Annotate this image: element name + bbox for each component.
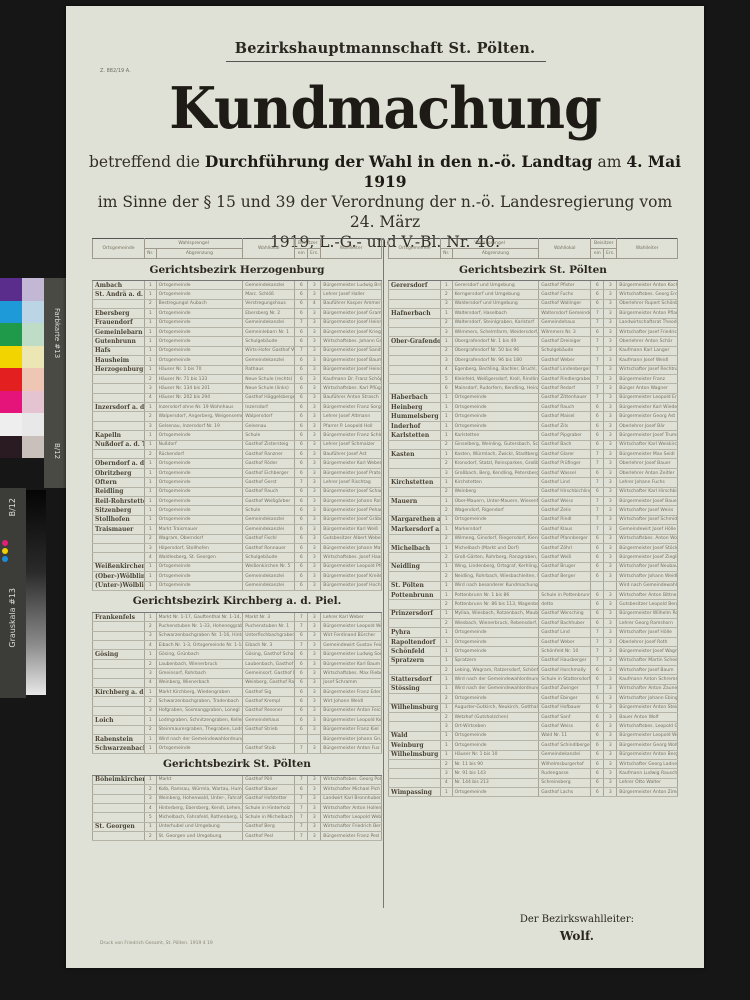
election-chair: Bürgermeister Josef Peham (321, 506, 382, 515)
election-chair: Oberlehrer Rupert Schönböck (617, 299, 678, 308)
election-chair: Bürgermeister Georg Wolfe (617, 741, 678, 750)
election-chair: Lehrer Georg Ramshorn (617, 619, 678, 628)
election-chair: Bürger Anton Wagner (617, 384, 678, 393)
members-count: 6 (295, 281, 308, 290)
place-cell (93, 622, 145, 631)
substitutes-count: 3 (604, 694, 617, 703)
precinct-number: 1 (145, 612, 157, 621)
table-row: 2 Waltersdorf, Steinlgraben, Karlstorf G… (389, 318, 678, 327)
table-row: 2 Ginselberg, Weinling, Gutersbach, Schr… (389, 440, 678, 449)
precinct-area: Wagram, Oberndorf (156, 534, 243, 543)
place-cell: Hafs (93, 346, 145, 355)
election-chair: Wirtschaftsbes. Anton Wohl (617, 534, 678, 543)
election-chair: Bürgermeister Josef Gram (321, 309, 382, 318)
table-row: Ober-Grafendorf 1 Obergrafendorf Nr. 1 b… (389, 337, 678, 346)
polling-location: Gasthof Gerst (243, 478, 295, 487)
table-row: Gerersdorf 1 Gerersdorf und Umgebung Gas… (389, 281, 678, 290)
place-cell: Kirchberg a. d. P. (93, 688, 145, 697)
precinct-area: Ortsgemeinde (452, 403, 539, 412)
precinct-area: Markt (156, 775, 243, 784)
left-table-column: Ortsgemeinde Wahlsprengel Wahllokal Beis… (92, 238, 382, 841)
election-chair: Wirtschafter Josef Friedrich (617, 327, 678, 336)
members-count: 6 (591, 619, 604, 628)
polling-location: Gasthof Horchmally (539, 666, 591, 675)
members-count: 6 (295, 725, 308, 734)
polling-location: Gasthof Zittenhauer (539, 393, 591, 402)
polling-location: Gasthof Sig (243, 688, 295, 697)
members-count: 6 (591, 327, 604, 336)
polling-location: Gasthof Lind (539, 478, 591, 487)
precinct-number: 1 (145, 562, 157, 571)
substitutes-count: 3 (308, 450, 321, 459)
place-cell (389, 778, 441, 787)
table-row: St. Pölten 1 Wird nach besonderer Kundma… (389, 581, 678, 590)
precinct-area: Häuser Nr. 1 bis 70 (156, 365, 243, 374)
header-number: Nr. (145, 249, 157, 259)
polling-location: Gasthof Lind (539, 628, 591, 637)
precinct-number: 1 (145, 487, 157, 496)
substitutes-count: 3 (308, 572, 321, 581)
polling-location: Neue Schule (rechts) (243, 374, 295, 383)
precinct-area: Egenberg, Bechling, Bachler, Bruchl, Kre… (452, 365, 539, 374)
table-row: Reidling 1 Ortsgemeinde Gasthof Rauch 6 … (93, 487, 382, 496)
precinct-number: 2 (145, 299, 157, 308)
place-cell (389, 534, 441, 543)
polling-location: detto (539, 600, 591, 609)
table-row: Oftern 1 Ortsgemeinde Gasthof Gerst 7 3 … (93, 478, 382, 487)
election-chair: Wirtschafter Josef Hölle (617, 628, 678, 637)
substitutes-count: 3 (308, 281, 321, 290)
members-count: 6 (295, 562, 308, 571)
table-row: Oberndorf a. d. Ebene 1 Ortsgemeinde Gas… (93, 459, 382, 468)
grayscale-code: B/12 (8, 498, 17, 516)
subtitle-text: betreffend die (89, 153, 205, 171)
place-cell (93, 803, 145, 812)
members-count: 7 (591, 450, 604, 459)
precinct-area: Ortsgemeinde (452, 515, 539, 524)
header-place: Ortsgemeinde (389, 239, 441, 259)
table-row: 3 Großbach, Berg, Kendling, Petersberg, … (389, 468, 678, 477)
place-cell: Hausheim (93, 356, 145, 365)
precinct-area: Markersdorf (452, 525, 539, 534)
precinct-number: 2 (145, 412, 157, 421)
precinct-area: Ortsgemeinde (156, 281, 243, 290)
precinct-area: Obergrafendorf Nr. 96 bis 180 (452, 356, 539, 365)
polling-location: Eibach Nr. 3 (243, 641, 295, 650)
precinct-number: 5 (441, 374, 453, 383)
precinct-number: 1 (145, 459, 157, 468)
election-chair: Bürgermeister Josef Heindl (321, 365, 382, 374)
substitutes-count: 3 (308, 622, 321, 631)
substitutes-count: 3 (308, 697, 321, 706)
substitutes-count: 3 (308, 775, 321, 784)
election-chair: Bürgermeister Josef Stöckl (617, 543, 678, 552)
election-chair: Bürgermeister Josef Heinrich (321, 318, 382, 327)
table-row: Heinberg 1 Ortsgemeinde Gasthof Rauch 6 … (389, 403, 678, 412)
table-row: 5 Kleinfeld, Weißgersdorf, Kroll, Rindli… (389, 374, 678, 383)
substitutes-count: 3 (604, 703, 617, 712)
members-count: 7 (295, 478, 308, 487)
precinct-area: Rückendorf (156, 450, 243, 459)
substitutes-count: 3 (604, 393, 617, 402)
table-row: 2 Ortsgemeinde Gasthof Ebinger 6 3 Wirts… (389, 694, 678, 703)
election-chair: Wirt Ferdinand Bürcher (321, 631, 382, 640)
table-row: 3 Schwarzenbachgraben Nr. 1-16, Hinterfe… (93, 631, 382, 640)
polling-location: Gasthof Pipgraber (539, 431, 591, 440)
table-row: Michelbach 1 Michelbach (Markt und Dorf)… (389, 543, 678, 552)
precinct-area: Wagendorf, Rigendorf (452, 506, 539, 515)
substitutes-count: 3 (604, 384, 617, 393)
district-heading-row: Gerichtsbezirk Kirchberg a. d. Piel. (93, 590, 382, 612)
precinct-number: 1 (441, 656, 453, 665)
header-number: Nr. (441, 249, 453, 259)
members-count: 6 (295, 450, 308, 459)
election-chair: Lehrer Josef Rischtag (321, 478, 382, 487)
place-cell: Inzersdorf a. d. Tr. (93, 403, 145, 412)
election-chair: Wirtschafter Josef Rechtnauer (617, 365, 678, 374)
table-row: Sitzenberg 1 Ortsgemeinde Schule 6 3 Bür… (93, 506, 382, 515)
precinct-number: 1 (441, 496, 453, 505)
election-chair: Bürgermeister Leopold Erlinger (617, 393, 678, 402)
substitutes-count: 3 (308, 421, 321, 430)
members-count: 6 (591, 731, 604, 740)
substitutes-count: 3 (604, 346, 617, 355)
polling-location: Schulgebäude (243, 553, 295, 562)
members-count: 6 (591, 712, 604, 721)
precinct-area: Weinberg, Hohenwald, Unter-, Fahrafeld, … (156, 794, 243, 803)
table-row: 2 Laubenbach, Wienerbruck Laubenbach, Ga… (93, 659, 382, 668)
polling-location: Gasthof Schindlberger (539, 741, 591, 750)
table-row: Reil-Rohrstetten 1 Ortsgemeinde Gasthof … (93, 496, 382, 505)
place-cell: St. Pölten (389, 581, 441, 590)
members-count: 7 (295, 794, 308, 803)
place-cell: Ebersberg (93, 309, 145, 318)
polling-location: Gasthof Klaus (539, 525, 591, 534)
precinct-number: 2 (441, 318, 453, 327)
place-cell (93, 534, 145, 543)
precinct-number: 1 (145, 318, 157, 327)
precinct-number: 1 (145, 365, 157, 374)
district-heading: Gerichtsbezirk St. Pölten (93, 753, 382, 775)
polling-location: Gasthof Rauch (243, 487, 295, 496)
substitutes-count: 3 (308, 506, 321, 515)
members-count: 6 (591, 769, 604, 778)
polling-location: Gemeinsorf, Gasthof Brand (243, 669, 295, 678)
substitutes-count: 3 (308, 496, 321, 505)
table-row: Pyhra 1 Ortsgemeinde Gasthof Lind 7 3 Wi… (389, 628, 678, 637)
substitutes-count: 3 (604, 431, 617, 440)
place-cell: Prinzersdorf (389, 609, 441, 618)
table-row: 2 Wiesbach, Wienerbruck, Rebensdorf, Sch… (389, 619, 678, 628)
election-chair: Pfarrer P. Leopold Holl (321, 421, 382, 430)
precinct-number: 1 (441, 281, 453, 290)
table-row: Kapelln 1 Ortsgemeinde Schule 6 3 Bürger… (93, 431, 382, 440)
precinct-area: Pottenbrunn Nr. 1 bis 86 (452, 590, 539, 599)
polling-location (243, 734, 295, 743)
precinct-number: 3 (145, 421, 157, 430)
place-cell (389, 553, 441, 562)
election-chair: Wird nach Gemeindewahlordnung festgesetz… (617, 581, 678, 590)
place-cell: Weinburg (389, 741, 441, 750)
precinct-number: 2 (441, 694, 453, 703)
election-chair: Wirtschafter Michael Pich (321, 785, 382, 794)
substitutes-count: 3 (308, 515, 321, 524)
precinct-number: 1 (145, 744, 157, 753)
precinct-number: 4 (145, 553, 157, 562)
polling-location: Gasthof Pesl (243, 832, 295, 841)
substitutes-count: 4 (308, 299, 321, 308)
substitutes-count: 3 (308, 327, 321, 336)
place-cell (93, 299, 145, 308)
color-patch (0, 323, 22, 346)
precinct-area: Kolb, Ramsau, Würmla, Wartau, Hummelsber… (156, 785, 243, 794)
place-cell: St. Georgen (93, 822, 145, 831)
polling-location: Gasthof Krempl (243, 697, 295, 706)
precinct-area: Ortsgemeinde (156, 346, 243, 355)
members-count: 6 (295, 412, 308, 421)
substitutes-count: 3 (308, 785, 321, 794)
polling-location: Gasthof Bach (539, 440, 591, 449)
place-cell (93, 412, 145, 421)
color-patch (0, 391, 22, 414)
precinct-number: 1 (441, 788, 453, 797)
precinct-area: Häuser Nr. 71 bis 133 (156, 374, 243, 383)
place-cell: Loich (93, 716, 145, 725)
precinct-area: Nr. 144 bis 213 (452, 778, 539, 787)
members-count: 7 (295, 622, 308, 631)
members-count: 6 (591, 694, 604, 703)
election-chair: Gemeindewirt Gustav Feichtinger (321, 641, 382, 650)
precinct-number: 1 (441, 628, 453, 637)
precinct-number: 1 (441, 750, 453, 759)
place-cell: Schwarzenbach (93, 744, 145, 753)
place-cell: Nußdorf a. d. Tr. (93, 440, 145, 449)
substitutes-count: 3 (604, 647, 617, 656)
substitutes-count: 3 (604, 769, 617, 778)
place-cell: Frankenfels (93, 612, 145, 621)
members-count: 7 (591, 337, 604, 346)
precinct-number: 1 (441, 309, 453, 318)
election-chair: Wirtschaftsbes. Leopold Gebl (617, 722, 678, 731)
table-row: 2 Schwarzenbachgraben, Tradenbach Gastho… (93, 697, 382, 706)
substitutes-count: 3 (308, 478, 321, 487)
election-chair: Bürgermeister Franz Kiel (321, 725, 382, 734)
table-row: 5 Michelbach, Fahrafeld, Rothenberg, Unt… (93, 813, 382, 822)
precinct-area: Hofgraben, Sosmanggraben, Lonegl (156, 706, 243, 715)
table-row: 6 Mainsdorf, Rudorfern, Kendling, Heinze… (389, 384, 678, 393)
members-count: 6 (591, 600, 604, 609)
place-cell (389, 619, 441, 628)
members-count: 7 (591, 346, 604, 355)
members-count: 6 (591, 609, 604, 618)
polling-location: Gasthof Rindl (539, 515, 591, 524)
header-members-b: Ers. (604, 249, 617, 259)
substitutes-count: 3 (308, 290, 321, 299)
precinct-area: Ortsgemeinde (156, 572, 243, 581)
polling-location: Gasthof Hirschbichlinger (539, 487, 591, 496)
election-chair: Lehrer Otto Walter (617, 778, 678, 787)
members-count: 6 (591, 750, 604, 759)
place-cell: Sitzenberg (93, 506, 145, 515)
table-row: Hafs 1 Ortsgemeinde Wirts-Hofer Gasthof … (93, 346, 382, 355)
polling-location: Gasthof Weiss (539, 496, 591, 505)
members-count: 6 (295, 581, 308, 590)
substitutes-count: 3 (308, 803, 321, 812)
polling-location: Schule (243, 431, 295, 440)
members-count: 6 (295, 785, 308, 794)
precinct-area: Kronsdorf, Statzl, Reinsparken, Großbach… (452, 459, 539, 468)
members-count: 6 (591, 403, 604, 412)
precinct-area: Obergrafendorf Nr. 1 bis 49 (452, 337, 539, 346)
election-chair: Bürgermeister Karl Wiedermann (617, 403, 678, 412)
polling-location: Waltersdorf Gemeindekanzlei (539, 309, 591, 318)
table-row: Stössing 1 Wird nach der Gemeindewahlord… (389, 684, 678, 693)
precinct-area: Ortsgemeinde (156, 431, 243, 440)
polling-location: Gasthof Röder (243, 459, 295, 468)
printer-imprint: Druck von Friedrich Gesamt, St. Pölten. … (100, 941, 213, 946)
table-row: 4 Eibach Nr. 1-3, Ortsgemeinde Nr. 1-14,… (93, 641, 382, 650)
members-count (591, 581, 604, 590)
members-count: 6 (295, 572, 308, 581)
substitutes-count: 3 (604, 337, 617, 346)
precinct-number: 1 (145, 327, 157, 336)
district-heading: Gerichtsbezirk Herzogenburg (93, 259, 382, 281)
election-chair: Bürgermeister Josef Pratsch (321, 468, 382, 477)
table-row: 2 Pottenbrunn Nr. 86 bis 113, Wagenberg,… (389, 600, 678, 609)
table-row: 3 Hofgraben, Sosmanggraben, Lonegl Gasth… (93, 706, 382, 715)
precinct-area: Ortsgemeinde (452, 647, 539, 656)
precinct-number: 2 (441, 534, 453, 543)
precinct-number: 1 (145, 775, 157, 784)
members-count: 6 (591, 534, 604, 543)
members-count: 6 (295, 384, 308, 393)
substitutes-count: 3 (604, 468, 617, 477)
precinct-area: Hilpersdorf, Stollhofen (156, 543, 243, 552)
precinct-number: 2 (441, 487, 453, 496)
election-chair: Bürgermeister Josef Kreiler (321, 572, 382, 581)
election-chair: Lehrer Josef Schmalzer (321, 440, 382, 449)
color-patch (0, 346, 22, 369)
place-cell (93, 641, 145, 650)
polling-location: Walpersdorf (243, 412, 295, 421)
color-chart-label: Farbkarte #13 (53, 308, 61, 358)
members-count: 7 (591, 506, 604, 515)
election-chair: Gemeindewirt Josef Hölle (617, 525, 678, 534)
election-chair: Gutsbesitzer Albert Weber (321, 534, 382, 543)
place-cell (389, 506, 441, 515)
election-chair: Wirtschaftsbes. Karl Pflüger (321, 384, 382, 393)
substitutes-count (308, 734, 321, 743)
election-chair: Wirtschafter Johann Weidl (617, 572, 678, 581)
precinct-number: 5 (145, 813, 157, 822)
polling-location: Gösing, Gasthof Schaffner (243, 650, 295, 659)
precinct-area: Kleinfeld, Weißgersdorf, Kroll, Rindling… (452, 374, 539, 383)
polling-location: Gemeindekanzlei (243, 318, 295, 327)
place-cell: Neidling (389, 562, 441, 571)
members-count: 7 (591, 318, 604, 327)
members-count: 6 (591, 590, 604, 599)
place-cell (93, 659, 145, 668)
members-count: 6 (591, 675, 604, 684)
precinct-area: Häuser Nr. 202 bis 294 (156, 393, 243, 402)
table-row: 2 Neidling, Rohrbach, Wiesbachleiten, Bu… (389, 572, 678, 581)
polling-location: Schulgebäude (243, 337, 295, 346)
precinct-number: 2 (145, 659, 157, 668)
substitutes-count: 3 (604, 778, 617, 787)
precinct-area: Waltersdorf, Steinlgraben, Karlstorf (452, 318, 539, 327)
place-cell: Gerersdorf (389, 281, 441, 290)
polling-location: Gasthof Weber (539, 356, 591, 365)
substitutes-count: 3 (604, 478, 617, 487)
precinct-area: Auguster-Gutkirch, Neukirch, Gotthaltsho… (452, 703, 539, 712)
precinct-number: 1 (145, 734, 157, 743)
polling-location: Gasthof Ronnauer (243, 543, 295, 552)
table-row: Nußdorf a. d. Tr. 1 Nußdorf Gasthof Zist… (93, 440, 382, 449)
reference-number: Z. 882/19 A. (100, 68, 131, 74)
table-row: Pottenbrunn 1 Pottenbrunn Nr. 1 bis 86 S… (389, 590, 678, 599)
substitutes-count: 3 (604, 299, 617, 308)
place-cell: Gemeinlebarn (93, 327, 145, 336)
place-cell (389, 290, 441, 299)
precinct-number: 4 (145, 803, 157, 812)
issuing-office: Bezirkshauptmannschaft St. Pölten. (66, 40, 704, 57)
precinct-area: Ortsgemeinde (452, 788, 539, 797)
election-chair: Wirtschafter Josef Schmid (617, 515, 678, 524)
table-row: Hausheim 1 Ortsgemeinde Gemeindekanzlei … (93, 356, 382, 365)
polling-location: Gemeindekanzlei (243, 515, 295, 524)
precinct-area: Nr. 91 bis 143 (452, 769, 539, 778)
members-count: 6 (591, 759, 604, 768)
table-row: Frankenfels 1 Markt Nr. 1-17, Gauftentha… (93, 612, 382, 621)
precinct-area: Wilmeng, Ginsdorf, Riegersdorf, Kienersd… (452, 534, 539, 543)
election-chair: Lehrer Josef Haller (321, 290, 382, 299)
precinct-area: Laubenbach, Wienerbruck (156, 659, 243, 668)
place-cell: Ambach (93, 281, 145, 290)
members-count: 6 (295, 688, 308, 697)
precinct-area: Ortsgemeinde (156, 468, 243, 477)
precinct-number: 1 (145, 356, 157, 365)
table-row: (Unter-)Wölbling 1 Ortsgemeinde Gemeinde… (93, 581, 382, 590)
members-count: 6 (295, 299, 308, 308)
cyan-dot-icon (2, 556, 8, 562)
table-row: 3 Weinberg, Hohenwald, Unter-, Fahrafeld… (93, 794, 382, 803)
election-chair: Bürgermeister Josef Ziegling (617, 553, 678, 562)
header-district: Wahlsprengel (145, 239, 243, 249)
table-row: Neidling 1 Wing, Lindenberg, Ortsgraf, K… (389, 562, 678, 571)
precinct-area: Ortsgemeinde (156, 515, 243, 524)
substitutes-count: 3 (604, 450, 617, 459)
place-cell: Heinberg (389, 403, 441, 412)
election-chair: Wirtschafter Martin Scheer (617, 656, 678, 665)
place-cell (389, 459, 441, 468)
polling-location: Schreinsberg (539, 778, 591, 787)
place-cell (389, 712, 441, 721)
election-chair: Bürgermeister Franz Pesl (321, 832, 382, 841)
members-count: 7 (591, 478, 604, 487)
election-chair: Bürgermeister Johann Mayer (321, 543, 382, 552)
precinct-number: 1 (145, 496, 157, 505)
members-count: 6 (591, 572, 604, 581)
district-heading: Gerichtsbezirk St. Pölten (389, 259, 678, 281)
election-chair: Wirtschaftsbes. Josef Haas (321, 553, 382, 562)
place-cell: Oftern (93, 478, 145, 487)
place-cell: Mauern (389, 496, 441, 505)
precinct-number: 2 (441, 506, 453, 515)
precinct-number: 1 (441, 590, 453, 599)
precinct-area: Ortsgemeinde (156, 290, 243, 299)
substitutes-count: 3 (308, 431, 321, 440)
precinct-area: Ortsgemeinde (452, 741, 539, 750)
